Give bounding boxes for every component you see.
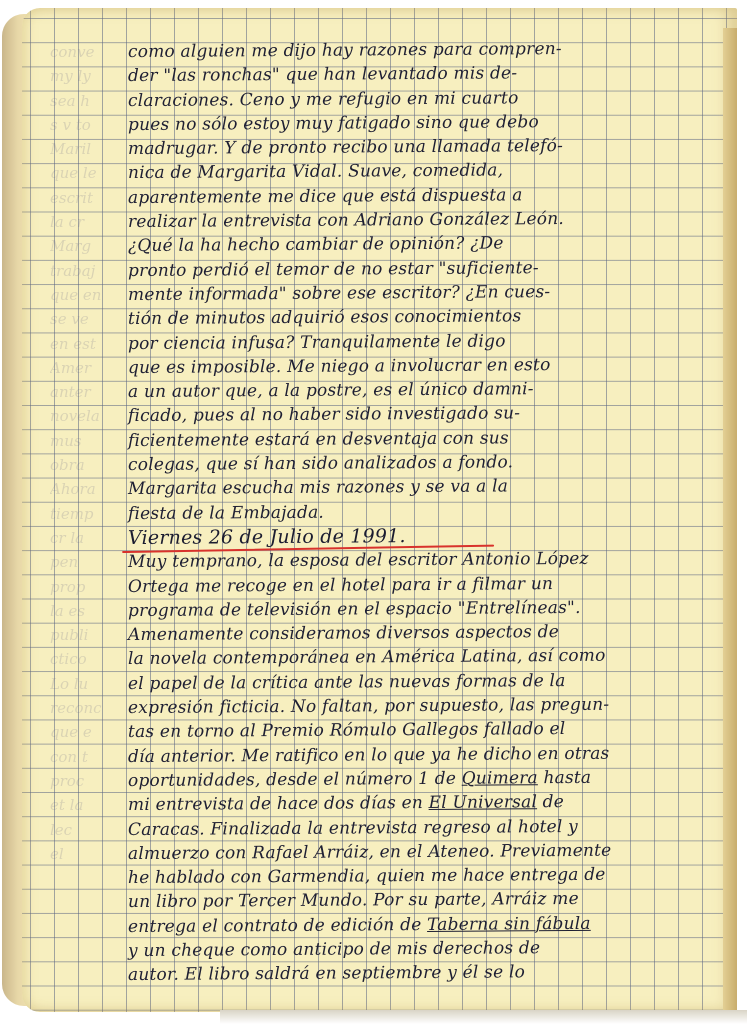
page-right-edge: [723, 28, 737, 1018]
handwritten-line: Margarita escucha mis razones y se va a …: [128, 473, 718, 501]
bleed-through-line: la cr: [50, 210, 120, 234]
bleed-through-line: Ahora: [50, 477, 120, 501]
handwritten-line: mi entrevista de hace dos días en El Uni…: [128, 789, 718, 817]
bleed-through-line: tiemp: [50, 502, 120, 526]
handwritten-line: ¿Qué la ha hecho cambiar de opinión? ¿De: [128, 230, 718, 258]
entry-new-text: Muy temprano, la esposa del escritor Ant…: [128, 548, 718, 985]
handwritten-line: un libro por Tercer Mundo. Por su parte,…: [128, 886, 718, 914]
bleed-through-line: publi: [50, 623, 120, 647]
underlined-title: El Universal: [429, 792, 538, 813]
handwritten-line: der "las ronchas" que han levantado mis …: [128, 60, 718, 88]
bleed-through-line: trabaj: [50, 259, 120, 283]
bleed-through-line: conve: [50, 40, 120, 64]
handwritten-line: Muy temprano, la esposa del escritor Ant…: [128, 546, 718, 574]
bleed-through-line: se ve: [50, 307, 120, 331]
bleed-through-line: pen: [50, 550, 120, 574]
bleed-through-line: proc: [50, 769, 120, 793]
bleed-through-line: Marg: [50, 234, 120, 258]
bleed-through-line: mus: [50, 429, 120, 453]
bleed-through-line: sea h: [50, 89, 120, 113]
bleed-through-line: que en: [50, 283, 120, 307]
bleed-through-line: obra: [50, 453, 120, 477]
bleed-through-line: et la: [50, 793, 120, 817]
page-bottom-shadow: [220, 1010, 747, 1024]
underlined-title: Quimera: [462, 768, 538, 789]
bleed-through-line: la es: [50, 599, 120, 623]
bleed-through-text: convemy lysea hs v toMarilque leescritla…: [50, 40, 120, 1000]
handwritten-line: tas en torno al Premio Rómulo Gallegos f…: [128, 716, 718, 744]
bleed-through-line: my ly: [50, 64, 120, 88]
diary-entry: como alguien me dijo hay razones para co…: [128, 38, 718, 986]
handwritten-line: autor. El libro saldrá en septiembre y é…: [128, 959, 718, 987]
bleed-through-line: anter: [50, 380, 120, 404]
bleed-through-line: novela: [50, 404, 120, 428]
bleed-through-line: Amer: [50, 356, 120, 380]
bleed-through-line: escrit: [50, 186, 120, 210]
bleed-through-line: con t: [50, 745, 120, 769]
bleed-through-line: cr la: [50, 526, 120, 550]
bleed-through-line: Maril: [50, 137, 120, 161]
bleed-through-line: en est: [50, 332, 120, 356]
bleed-through-line: s v to: [50, 113, 120, 137]
bleed-through-line: ctico: [50, 647, 120, 671]
entry-continued-text: como alguien me dijo hay razones para co…: [128, 38, 718, 524]
bleed-through-line: Lo lu: [50, 672, 120, 696]
bleed-through-line: que le: [50, 161, 120, 185]
underlined-title: Taberna sin fábula: [427, 914, 591, 935]
handwritten-line: tión de minutos adquirió esos conocimien…: [128, 303, 718, 331]
bleed-through-line: prop: [50, 575, 120, 599]
bleed-through-line: lec: [50, 818, 120, 842]
handwritten-line: la novela contemporánea en América Latin…: [128, 643, 718, 671]
bleed-through-line: el: [50, 842, 120, 866]
date-heading-text: Viernes 26 de Julio de 1991.: [128, 525, 406, 549]
handwritten-line: ficado, pues al no haber sido investigad…: [128, 400, 718, 428]
bleed-through-line: que e: [50, 720, 120, 744]
bleed-through-line: reconc: [50, 696, 120, 720]
